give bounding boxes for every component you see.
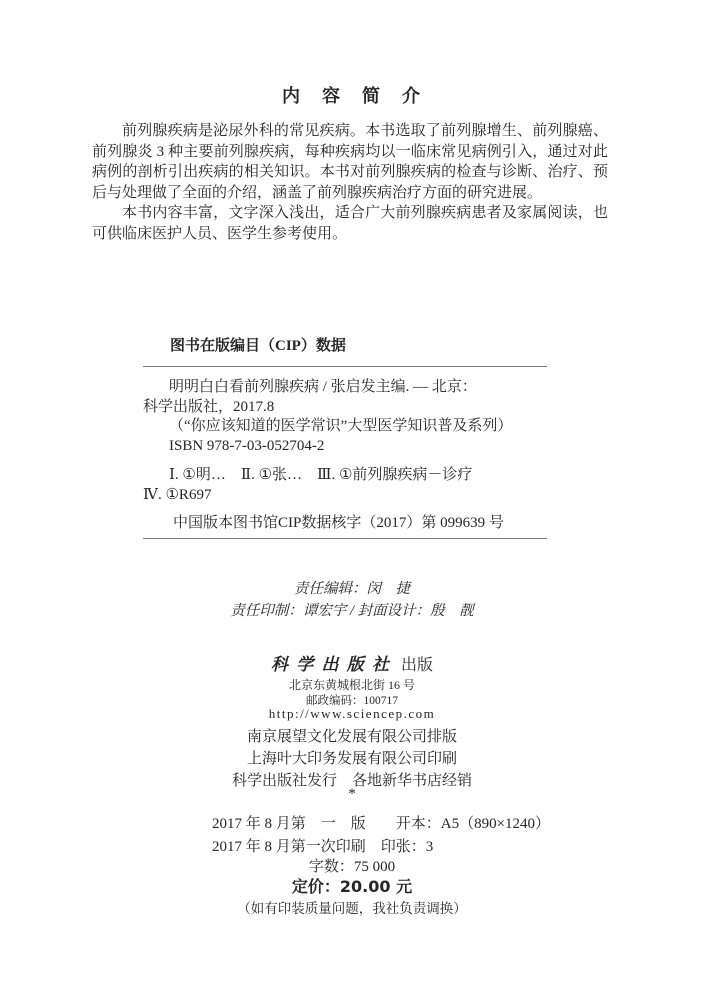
content-column: 内 容 简 介 前列腺疾病是泌尿外科的常见疾病。本书选取了前列腺增生、前列腺癌、… xyxy=(92,0,612,1000)
intro-section: 前列腺疾病是泌尿外科的常见疾病。本书选取了前列腺增生、前列腺癌、前列腺炎 3 种… xyxy=(92,121,608,244)
publisher-address: 北京东黄城根北街 16 号 xyxy=(92,676,612,693)
cip-isbn: ISBN 978-7-03-052704-2 xyxy=(143,437,603,457)
publish-label: 出版 xyxy=(401,657,433,674)
publisher-logo: 科 学 出 版 社 xyxy=(271,655,391,674)
word-count-line: 字数：75 000 xyxy=(92,855,612,876)
print-design-credit: 责任印制：谭宏宇 / 封面设计：殷 靓 xyxy=(92,600,612,622)
page-title: 内 容 简 介 xyxy=(92,82,612,108)
publisher-line: 科 学 出 版 社出版 xyxy=(92,650,612,675)
intro-paragraph-2: 本书内容丰富，文字深入浅出，适合广大前列腺疾病患者及家属阅读，也可供临床医护人员… xyxy=(92,203,608,244)
intro-paragraph-1: 前列腺疾病是泌尿外科的常见疾病。本书选取了前列腺增生、前列腺癌、前列腺炎 3 种… xyxy=(92,121,608,203)
cip-record-number: 中国版本图书馆CIP数据核字（2017）第 099639 号 xyxy=(143,514,603,534)
separator-asterisk: * xyxy=(92,786,612,803)
cip-box-bottom-rule xyxy=(143,538,547,539)
cip-title-line: 明明白白看前列腺疾病 / 张启发主编. — 北京： xyxy=(143,378,603,398)
quality-notice: （如有印装质量问题，我社负责调换） xyxy=(92,897,612,917)
cip-box-top-rule xyxy=(143,366,547,367)
editor-credit: 责任编辑：闵 捷 xyxy=(92,578,612,600)
cip-series-line: （“你应该知道的医学常识”大型医学知识普及系列） xyxy=(143,417,603,437)
impression-line: 2017 年 8 月第一次印刷 印张：3 xyxy=(212,835,433,856)
cip-data-block: 明明白白看前列腺疾病 / 张启发主编. — 北京： 科学出版社，2017.8 （… xyxy=(143,378,603,534)
cip-class-line-2: Ⅳ. ①R697 xyxy=(143,486,603,506)
credits-section: 责任编辑：闵 捷 责任印制：谭宏宇 / 封面设计：殷 靓 xyxy=(92,578,612,622)
price-line: 定价：20.00 元 xyxy=(92,874,612,897)
typesetter-line: 南京展望文化发展有限公司排版 xyxy=(92,725,612,746)
publisher-url: http://www.sciencep.com xyxy=(92,706,612,722)
edition-line: 2017 年 8 月第 一 版 开本：A5（890×1240） xyxy=(212,812,550,833)
cip-publisher-line: 科学出版社，2017.8 xyxy=(143,398,603,418)
cip-class-line-1: Ⅰ. ①明… Ⅱ. ①张… Ⅲ. ①前列腺疾病－诊疗 xyxy=(143,466,603,486)
cip-heading: 图书在版编目（CIP）数据 xyxy=(170,334,346,355)
colophon-page: 内 容 简 介 前列腺疾病是泌尿外科的常见疾病。本书选取了前列腺增生、前列腺癌、… xyxy=(0,0,720,1000)
printer-line: 上海叶大印务发展有限公司印刷 xyxy=(92,747,612,768)
